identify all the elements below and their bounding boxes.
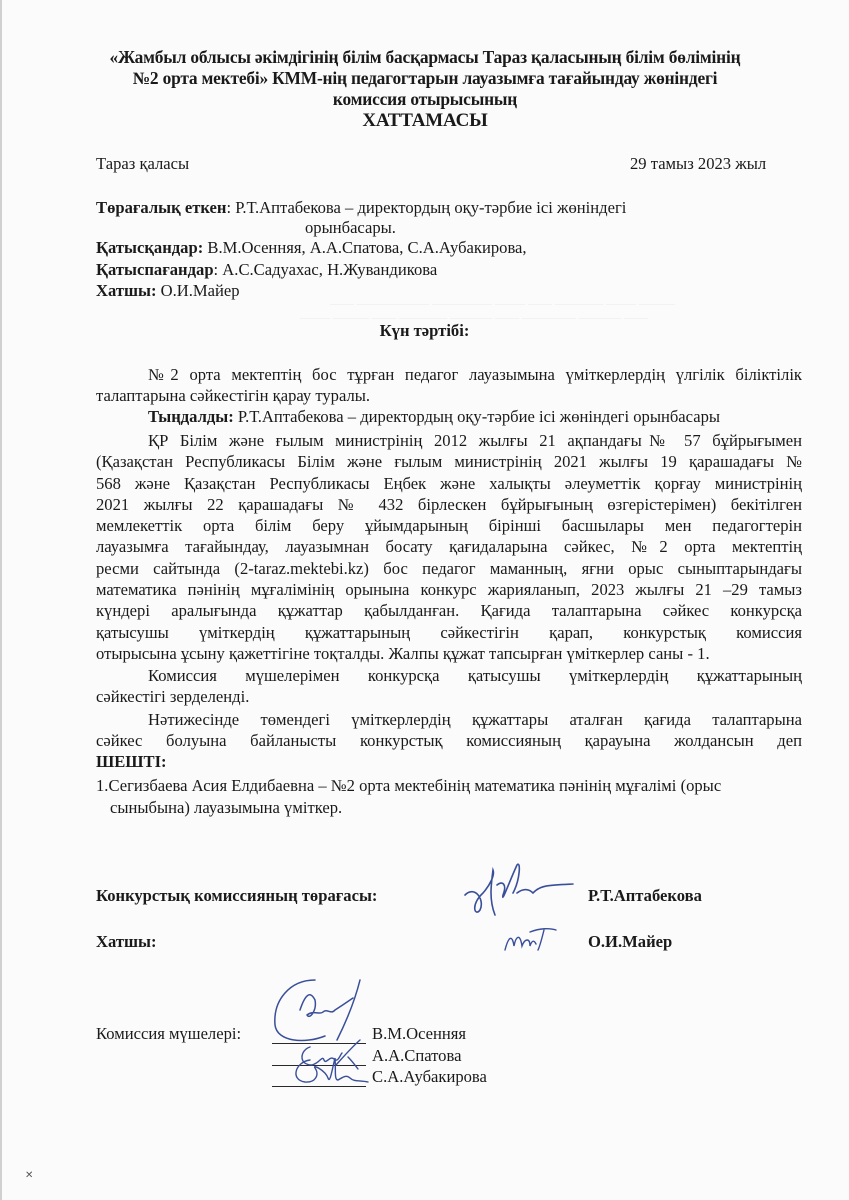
present-value: В.М.Осенняя, А.А.Спатова, С.А.Аубакирова… xyxy=(203,238,526,257)
chair-role: Конкурстық комиссияның төрағасы: xyxy=(96,886,377,906)
absent-line: Қатыспағандар: А.С.Садуахас, Н.Жувандико… xyxy=(96,260,437,280)
body-line: Комиссия мүшелерімен конкурсқа қатысушы … xyxy=(96,665,802,686)
secretary-role: Хатшы: xyxy=(96,932,157,952)
absent-label: Қатыспағандар xyxy=(96,260,214,279)
chair-value: : Р.Т.Аптабекова – директордың оқу-тәрби… xyxy=(226,198,626,217)
body-line: Нәтижесінде төмендегі үміткерлердің құжа… xyxy=(96,709,802,730)
decision-label: ШЕШТІ: xyxy=(96,752,167,772)
decision-item-1: 1.Сегизбаева Асия Елдибаевна – №2 орта м… xyxy=(96,776,721,796)
body-line: сәйкестігі зерделенді. xyxy=(96,686,802,707)
body-line: мемлекеттік орта білім беру ұйымдарының … xyxy=(96,515,802,536)
heard-value: Р.Т.Аптабекова – директордың оқу-тәрбие … xyxy=(234,407,720,426)
body-line: сәйкес болуына байланысты конкурстық ком… xyxy=(96,730,802,751)
present-label: Қатысқандар: xyxy=(96,238,203,257)
agenda-line-1: №2 орта мектептің бос тұрған педагог лау… xyxy=(96,364,802,385)
title-line-1: «Жамбыл облысы әкімдігінің білім басқарм… xyxy=(80,47,770,68)
agenda-heading: Күн тәртібі: xyxy=(0,321,849,341)
member-name-3: С.А.Аубакирова xyxy=(372,1067,487,1087)
secretary-signature xyxy=(500,918,560,958)
heard-line: Тыңдалды: Р.Т.Аптабекова – директордың о… xyxy=(148,407,720,427)
agenda-item: №2 орта мектептің бос тұрған педагог лау… xyxy=(96,364,802,407)
absent-value: : А.С.Садуахас, Н.Жувандикова xyxy=(214,260,438,279)
body-line: ресми сайтында (2-taraz.mektebi.kz) бос … xyxy=(96,558,802,579)
chair-name: Р.Т.Аптабекова xyxy=(588,886,702,906)
decision-item-1-continued: сыныбына) лауазымына үміткер. xyxy=(110,798,342,818)
document-page: ____ ____________ __________ _____ ____ … xyxy=(0,0,849,1200)
body-line: отырысына ұсыну қажеттігіне тоқталды. Жа… xyxy=(96,643,802,664)
secretary-line: Хатшы: О.И.Майер xyxy=(96,281,240,301)
body-line: күндері аралығында құжаттар қабылданған.… xyxy=(96,600,802,621)
bleed-through-text: _____ ______ ____ ________ _______ ____ … xyxy=(300,306,648,321)
body-paragraph-2: Комиссия мүшелерімен конкурсқа қатысушы … xyxy=(96,665,802,708)
secretary-name: О.И.Майер xyxy=(588,932,672,952)
body-line: (Қазақстан Республикасы Білім және ғылым… xyxy=(96,451,802,472)
body-line: 568 және Қазақстан Республикасы Еңбек жә… xyxy=(96,473,802,494)
scan-edge xyxy=(0,0,2,1200)
body-line: лауазымға тағайындау, лауазымнан босату … xyxy=(96,536,802,557)
title-line-4: ХАТТАМАСЫ xyxy=(80,110,770,131)
body-paragraph-1: ҚР Білім және ғылым министрінің 2012 жыл… xyxy=(96,430,802,664)
body-paragraph-3: Нәтижесінде төмендегі үміткерлердің құжа… xyxy=(96,709,802,752)
present-line: Қатысқандар: В.М.Осенняя, А.А.Спатова, С… xyxy=(96,238,527,258)
member-name-1: В.М.Осенняя xyxy=(372,1024,466,1044)
title-line-3: комиссия отырысының xyxy=(80,89,770,110)
body-line: математика пәнінің мұғалімінің орынына к… xyxy=(96,579,802,600)
body-line: ҚР Білім және ғылым министрінің 2012 жыл… xyxy=(96,430,802,451)
document-title: «Жамбыл облысы әкімдігінің білім басқарм… xyxy=(80,47,770,131)
chair-label: Төрағалық еткен xyxy=(96,198,226,217)
date: 29 тамыз 2023 жыл xyxy=(630,154,766,174)
chair-value-continued: орынбасары. xyxy=(305,218,396,238)
agenda-line-2: талаптарына сәйкестігін қарау туралы. xyxy=(96,385,802,406)
body-line: 2021 жылғы 22 қарашадағы № 432 бірлескен… xyxy=(96,494,802,515)
member-name-2: А.А.Спатова xyxy=(372,1046,461,1066)
member-signature-3 xyxy=(280,1050,370,1090)
members-label: Комиссия мүшелері: xyxy=(96,1024,241,1044)
secretary-label: Хатшы: xyxy=(96,281,157,300)
scan-speck: ✕ xyxy=(25,1170,33,1181)
secretary-value: О.И.Майер xyxy=(157,281,240,300)
title-line-2: №2 орта мектебі» КММ-нің педагогтарын ла… xyxy=(80,68,770,89)
heard-label: Тыңдалды: xyxy=(148,407,234,426)
bleed-through-text: ____ ____________ __________ _____ ____ … xyxy=(330,292,675,307)
chair-line: Төрағалық еткен: Р.Т.Аптабекова – директ… xyxy=(96,198,626,218)
body-line: қатысушы үміткердің құжаттарының сәйкест… xyxy=(96,622,802,643)
city: Тараз қаласы xyxy=(96,154,189,174)
